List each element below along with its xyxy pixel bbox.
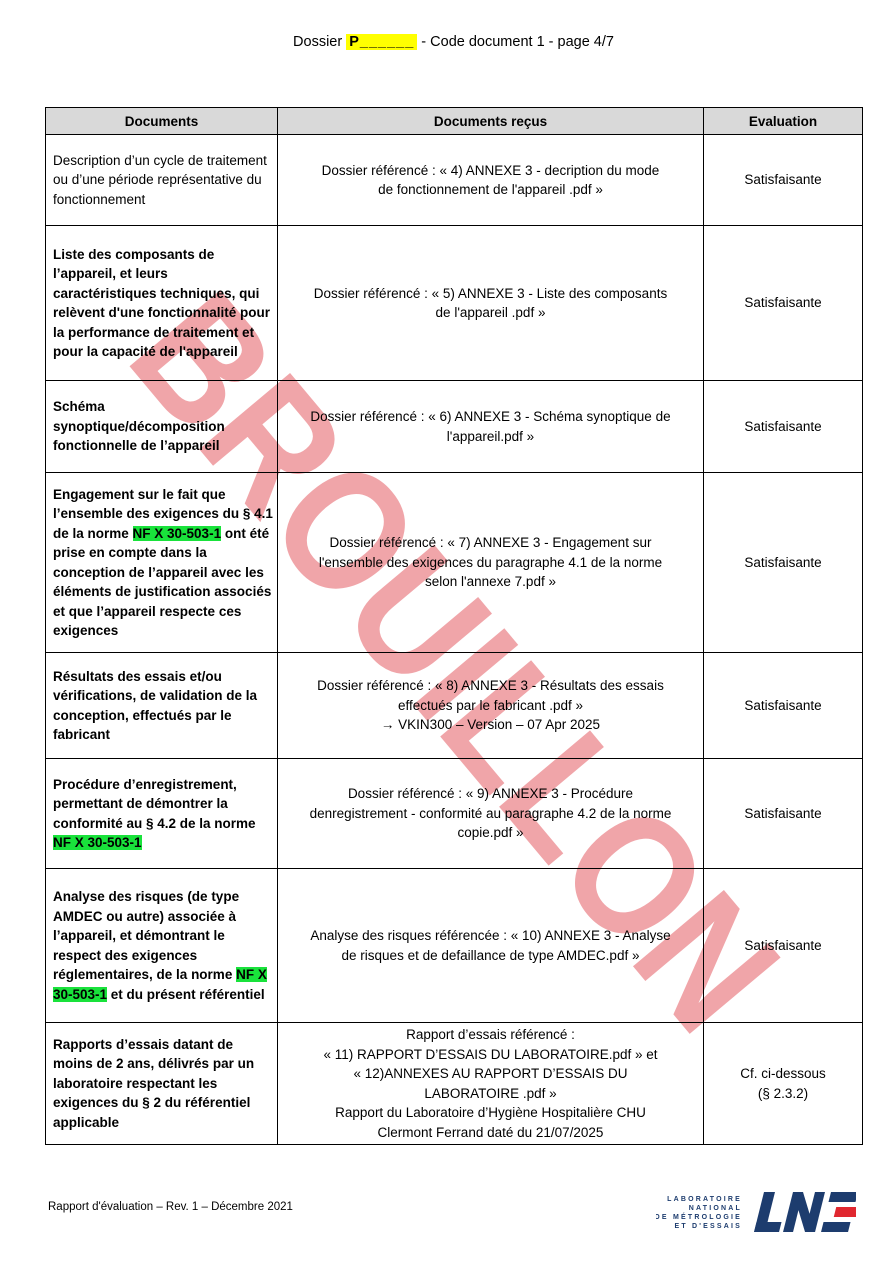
table-row: Analyse des risques (de type AMDEC ou au… (46, 869, 863, 1023)
doc-text-segment: Procédure d’enregistrement, permettant d… (53, 777, 256, 831)
doc-cell: Liste des composants de l’appareil, et l… (46, 226, 278, 381)
logo-caption-line-3: DE MÉTROLOGIE (656, 1212, 742, 1221)
lne-logo-svg: LABORATOIRE NATIONAL DE MÉTROLOGIE ET D'… (656, 1178, 856, 1248)
doc-cell: Analyse des risques (de type AMDEC ou au… (46, 869, 278, 1023)
doc-cell: Rapports d’essais datant de moins de 2 a… (46, 1023, 278, 1145)
table-header-row: Documents Documents reçus Evaluation (46, 108, 863, 135)
logo-caption-line-2: NATIONAL (689, 1205, 742, 1212)
table-row: Engagement sur le fait que l’ensemble de… (46, 473, 863, 653)
logo-red-bar (834, 1207, 856, 1217)
evaluation-cell: Cf. ci-dessous (§ 2.3.2) (704, 1023, 863, 1145)
logo-letter-e-top (829, 1192, 856, 1202)
doc-text-segment: Liste des composants de l’appareil, et l… (53, 247, 270, 360)
doc-cell: Engagement sur le fait que l’ensemble de… (46, 473, 278, 653)
evaluation-cell: Satisfaisante (704, 226, 863, 381)
column-header-evaluation: Evaluation (704, 108, 863, 135)
received-cell: Dossier référencé : « 6) ANNEXE 3 - Sché… (278, 381, 704, 473)
table-row: Résultats des essais et/ou vérifications… (46, 653, 863, 759)
table-row: Procédure d’enregistrement, permettant d… (46, 759, 863, 869)
received-cell: Dossier référencé : « 7) ANNEXE 3 - Enga… (278, 473, 704, 653)
doc-cell: Procédure d’enregistrement, permettant d… (46, 759, 278, 869)
page-header: Dossier P______ - Code document 1 - page… (45, 33, 862, 51)
lne-logo: LABORATOIRE NATIONAL DE MÉTROLOGIE ET D'… (656, 1178, 856, 1253)
documents-evaluation-table: Documents Documents reçus Evaluation Des… (45, 107, 863, 1145)
doc-text-segment: Rapports d’essais datant de moins de 2 a… (53, 1037, 254, 1130)
footer-revision-text: Rapport d'évaluation – Rev. 1 – Décembre… (48, 1201, 293, 1213)
logo-wordmark (754, 1192, 856, 1232)
doc-text-segment: et du présent référentiel (107, 987, 265, 1002)
page-header-suffix: - Code document 1 - page 4/7 (417, 34, 614, 50)
received-cell: Rapport d’essais référencé : « 11) RAPPO… (278, 1023, 704, 1145)
table-row: Rapports d’essais datant de moins de 2 a… (46, 1023, 863, 1145)
norm-highlight: NF X 30-503-1 (133, 526, 222, 541)
evaluation-cell: Satisfaisante (704, 473, 863, 653)
doc-text-segment: Analyse des risques (de type AMDEC ou au… (53, 889, 239, 982)
logo-caption: LABORATOIRE NATIONAL DE MÉTROLOGIE ET D'… (656, 1196, 742, 1230)
table-row: Liste des composants de l’appareil, et l… (46, 226, 863, 381)
dossier-code-highlight: P______ (346, 34, 417, 50)
doc-text-segment: Résultats des essais et/ou vérifications… (53, 669, 257, 743)
logo-caption-line-4: ET D'ESSAIS (675, 1223, 743, 1230)
received-cell: Dossier référencé : « 9) ANNEXE 3 - Proc… (278, 759, 704, 869)
evaluation-cell: Satisfaisante (704, 653, 863, 759)
doc-text-segment: Description d’un cycle de traitement ou … (53, 153, 267, 207)
received-cell: Dossier référencé : « 5) ANNEXE 3 - List… (278, 226, 704, 381)
doc-cell: Description d’un cycle de traitement ou … (46, 135, 278, 226)
norm-highlight: NF X 30-503-1 (53, 835, 142, 850)
logo-letter-l-foot (754, 1222, 781, 1232)
doc-text-segment: Schéma synoptique/décomposition fonction… (53, 399, 225, 453)
received-cell: Analyse des risques référencée : « 10) A… (278, 869, 704, 1023)
evaluation-cell: Satisfaisante (704, 135, 863, 226)
evaluation-cell: Satisfaisante (704, 869, 863, 1023)
doc-cell: Résultats des essais et/ou vérifications… (46, 653, 278, 759)
table-row: Description d’un cycle de traitement ou … (46, 135, 863, 226)
column-header-documents: Documents (46, 108, 278, 135)
evaluation-cell: Satisfaisante (704, 381, 863, 473)
logo-caption-line-1: LABORATOIRE (667, 1196, 742, 1203)
column-header-documents-recus: Documents reçus (278, 108, 704, 135)
doc-cell: Schéma synoptique/décomposition fonction… (46, 381, 278, 473)
received-cell: Dossier référencé : « 4) ANNEXE 3 - decr… (278, 135, 704, 226)
doc-text-segment: ont été prise en compte dans la concepti… (53, 526, 271, 639)
received-cell: Dossier référencé : « 8) ANNEXE 3 - Résu… (278, 653, 704, 759)
dossier-label: Dossier (293, 34, 346, 50)
logo-letter-e-bottom (821, 1222, 850, 1232)
evaluation-cell: Satisfaisante (704, 759, 863, 869)
table-row: Schéma synoptique/décomposition fonction… (46, 381, 863, 473)
